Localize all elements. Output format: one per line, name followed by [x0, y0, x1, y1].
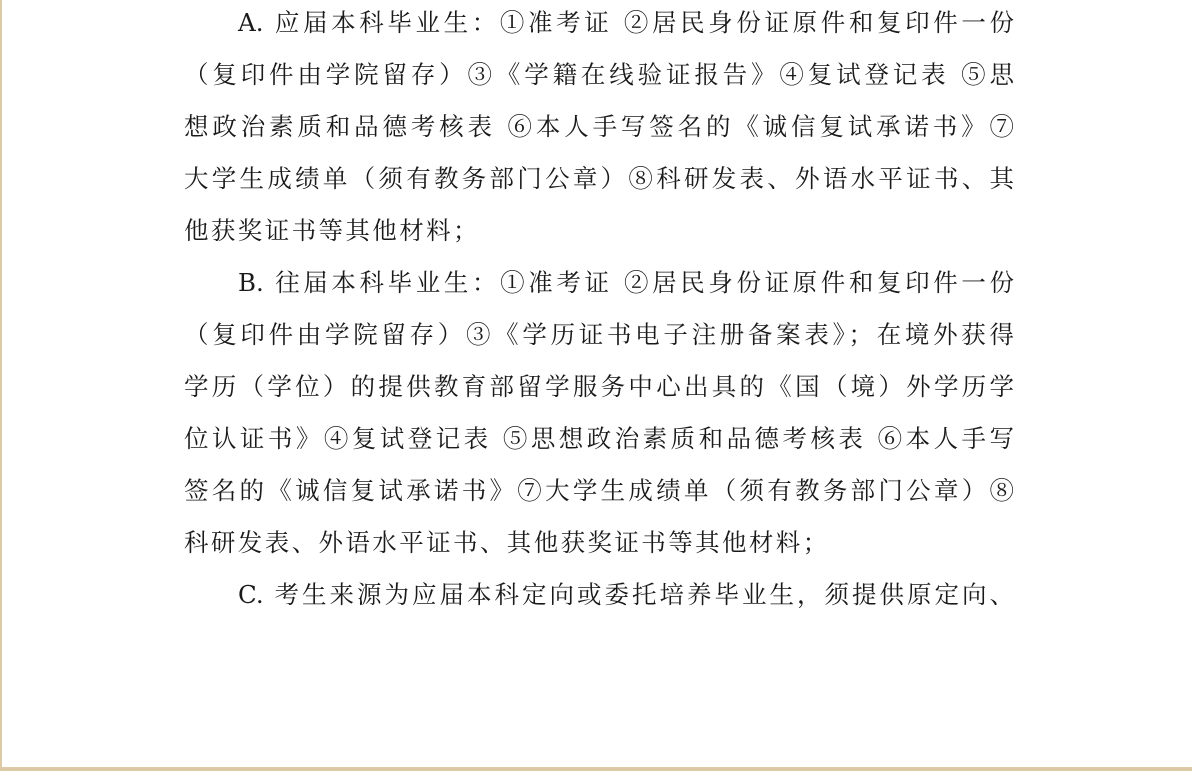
document-page: A. 应届本科毕业生：①准考证 ②居民身份证原件和复印件一份 （复印件由学院留存… — [2, 0, 1192, 767]
paragraph-b-line-6: 科研发表、外语水平证书、其他获奖证书等其他材料； — [184, 517, 830, 569]
paragraph-a-line-2: （复印件由学院留存）③《学籍在线验证报告》④复试登记表 ⑤思 — [184, 49, 1014, 101]
paragraph-b-line-5: 签名的《诚信复试承诺书》⑦大学生成绩单（须有教务部门公章）⑧ — [184, 465, 1014, 517]
paragraph-c-line-1: C. 考生来源为应届本科定向或委托培养毕业生，须提供原定向、 — [238, 569, 1014, 621]
paragraph-a-line-5: 他获奖证书等其他材料； — [184, 205, 480, 257]
paragraph-a-line-4: 大学生成绩单（须有教务部门公章）⑧科研发表、外语水平证书、其 — [184, 153, 1014, 205]
paragraph-a-line-3: 想政治素质和品德考核表 ⑥本人手写签名的《诚信复试承诺书》⑦ — [184, 101, 1014, 153]
paragraph-b-line-1: B. 往届本科毕业生：①准考证 ②居民身份证原件和复印件一份 — [238, 257, 1014, 309]
paragraph-b-line-2: （复印件由学院留存）③《学历证书电子注册备案表》；在境外获得 — [184, 309, 1014, 361]
paragraph-a-line-1: A. 应届本科毕业生：①准考证 ②居民身份证原件和复印件一份 — [238, 0, 1014, 49]
paragraph-b-line-3: 学历（学位）的提供教育部留学服务中心出具的《国（境）外学历学 — [184, 361, 1014, 413]
paragraph-b-line-4: 位认证书》④复试登记表 ⑤思想政治素质和品德考核表 ⑥本人手写 — [184, 413, 1014, 465]
page-frame-bottom — [0, 767, 1192, 771]
